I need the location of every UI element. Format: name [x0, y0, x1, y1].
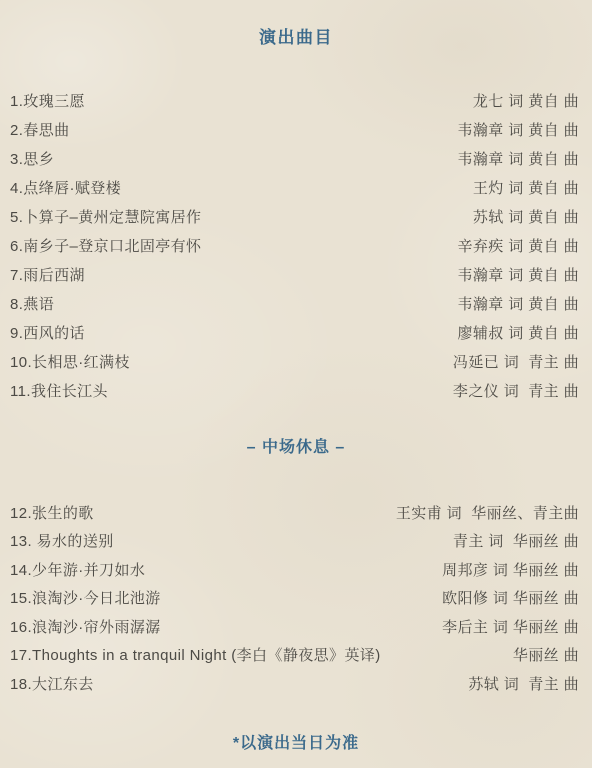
song-title: 1.玫瑰三愿	[10, 90, 85, 111]
song-credits: 王灼 词 黄自 曲	[473, 177, 579, 198]
program-item: 4.点绛唇·赋登楼 王灼 词 黄自 曲	[10, 173, 579, 202]
song-credits: 韦瀚章 词 黄自 曲	[457, 264, 579, 285]
song-title: 15.浪淘沙·今日北池游	[10, 587, 161, 608]
song-credits: 韦瀚章 词 黄自 曲	[457, 293, 579, 314]
song-title: 14.少年游·并刀如水	[10, 559, 145, 580]
song-credits: 冯延已 词 青主 曲	[453, 351, 579, 372]
intermission-label: – 中场休息 –	[0, 437, 592, 459]
program-item: 14.少年游·并刀如水 周邦彦 词 华丽丝 曲	[10, 555, 579, 584]
program-item: 9.西风的话 廖辅叔 词 黄自 曲	[10, 318, 579, 347]
program-item: 15.浪淘沙·今日北池游 欧阳修 词 华丽丝 曲	[10, 584, 579, 613]
program-item: 3.思乡 韦瀚章 词 黄自 曲	[10, 144, 579, 173]
song-credits: 周邦彦 词 华丽丝 曲	[442, 559, 579, 580]
song-title: 3.思乡	[10, 148, 54, 169]
song-title: 2.春思曲	[10, 119, 70, 140]
program-item: 11.我住长江头 李之仪 词 青主 曲	[10, 376, 579, 405]
song-credits: 龙七 词 黄自 曲	[473, 90, 579, 111]
song-credits: 青主 词 华丽丝 曲	[453, 530, 579, 551]
song-title: 4.点绛唇·赋登楼	[10, 177, 121, 198]
song-title: 17.Thoughts in a tranquil Night (李白《静夜思》…	[10, 644, 381, 665]
program-item: 5.卜算子–黄州定慧院寓居作 苏轼 词 黄自 曲	[10, 202, 579, 231]
song-credits: 李后主 词 华丽丝 曲	[442, 616, 579, 637]
song-credits: 李之仪 词 青主 曲	[453, 380, 579, 401]
program-item: 1.玫瑰三愿 龙七 词 黄自 曲	[10, 86, 579, 115]
song-credits: 辛弃疾 词 黄自 曲	[457, 235, 579, 256]
song-credits: 苏轼 词 黄自 曲	[473, 206, 579, 227]
song-credits: 华丽丝 曲	[513, 644, 579, 665]
song-title: 6.南乡子–登京口北固亭有怀	[10, 235, 201, 256]
song-title: 7.雨后西湖	[10, 264, 85, 285]
program-item: 6.南乡子–登京口北固亭有怀 辛弃疾 词 黄自 曲	[10, 231, 579, 260]
song-title: 16.浪淘沙·帘外雨潺潺	[10, 616, 161, 637]
program-item: 13. 易水的送别 青主 词 华丽丝 曲	[10, 527, 579, 556]
program-item: 16.浪淘沙·帘外雨潺潺 李后主 词 华丽丝 曲	[10, 612, 579, 641]
program-item: 12.张生的歌 王实甫 词 华丽丝、青主曲	[10, 498, 579, 527]
song-title: 12.张生的歌	[10, 502, 94, 523]
program-item: 7.雨后西湖 韦瀚章 词 黄自 曲	[10, 260, 579, 289]
song-title: 18.大江东去	[10, 673, 94, 694]
song-title: 9.西风的话	[10, 322, 85, 343]
page-title: 演出曲目	[0, 0, 592, 49]
footnote: *以演出当日为准	[0, 733, 592, 754]
song-credits: 韦瀚章 词 黄自 曲	[457, 119, 579, 140]
song-credits: 韦瀚章 词 黄自 曲	[457, 148, 579, 169]
program-list-part1: 1.玫瑰三愿 龙七 词 黄自 曲 2.春思曲 韦瀚章 词 黄自 曲 3.思乡 韦…	[0, 86, 592, 405]
song-credits: 欧阳修 词 华丽丝 曲	[442, 587, 579, 608]
program-item: 17.Thoughts in a tranquil Night (李白《静夜思》…	[10, 641, 579, 670]
song-title: 8.燕语	[10, 293, 54, 314]
program-item: 18.大江东去 苏轼 词 青主 曲	[10, 669, 579, 698]
song-credits: 王实甫 词 华丽丝、青主曲	[396, 502, 579, 523]
song-credits: 廖辅叔 词 黄自 曲	[457, 322, 579, 343]
program-list-part2: 12.张生的歌 王实甫 词 华丽丝、青主曲 13. 易水的送别 青主 词 华丽丝…	[0, 498, 592, 698]
concert-program-page: 演出曲目 1.玫瑰三愿 龙七 词 黄自 曲 2.春思曲 韦瀚章 词 黄自 曲 3…	[0, 0, 592, 768]
song-title: 10.长相思·红满枝	[10, 351, 130, 372]
song-title: 13. 易水的送别	[10, 530, 114, 551]
song-title: 5.卜算子–黄州定慧院寓居作	[10, 206, 201, 227]
program-item: 10.长相思·红满枝 冯延已 词 青主 曲	[10, 347, 579, 376]
song-credits: 苏轼 词 青主 曲	[468, 673, 579, 694]
program-item: 8.燕语 韦瀚章 词 黄自 曲	[10, 289, 579, 318]
song-title: 11.我住长江头	[10, 380, 108, 401]
program-item: 2.春思曲 韦瀚章 词 黄自 曲	[10, 115, 579, 144]
